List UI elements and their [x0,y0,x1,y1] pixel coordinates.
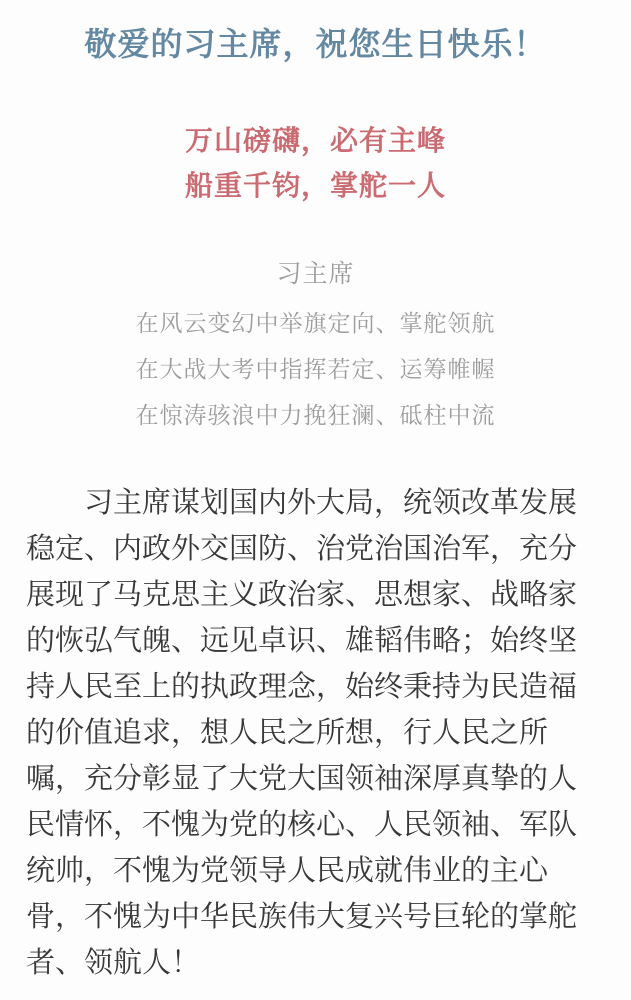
body-line-1: 习主席谋划国内外大局，统领改革发展 [26,480,607,526]
poem-line-2: 船重千钧，掌舵一人 [0,163,631,208]
tribute-heading: 习主席 [0,251,631,297]
tribute-line-2: 在大战大考中指挥若定、运筹帷幄 [0,346,631,392]
article-page: 敬爱的习主席，祝您生日快乐！ 万山磅礴，必有主峰 船重千钧，掌舵一人 习主席 在… [0,0,631,1000]
tribute-line-3: 在惊涛骇浪中力挽狂澜、砥柱中流 [0,392,631,438]
body-line-2: 稳定、内政外交国防、治党治国治军，充分 [26,526,607,572]
body-line-4: 的恢弘气魄、远见卓识、雄韬伟略；始终坚 [26,618,607,664]
tribute-line-1: 在风云变幻中举旗定向、掌舵领航 [0,300,631,346]
body-paragraph: 习主席谋划国内外大局，统领改革发展 稳定、内政外交国防、治党治国治军，充分 展现… [0,480,631,986]
body-line-5: 持人民至上的执政理念，始终秉持为民造福 [26,664,607,710]
poem-block: 万山磅礴，必有主峰 船重千钧，掌舵一人 [0,118,631,208]
body-line-3: 展现了马克思主义政治家、思想家、战略家 [26,572,607,618]
page-title: 敬爱的习主席，祝您生日快乐！ [0,0,631,62]
poem-line-1: 万山磅礴，必有主峰 [0,118,631,163]
body-line-10: 骨，不愧为中华民族伟大复兴号巨轮的掌舵 [26,894,607,940]
body-line-11: 者、领航人！ [26,940,607,986]
body-line-7: 嘱，充分彰显了大党大国领袖深厚真挚的人 [26,756,607,802]
tribute-block: 习主席 在风云变幻中举旗定向、掌舵领航 在大战大考中指挥若定、运筹帷幄 在惊涛骇… [0,251,631,438]
body-line-6: 的价值追求，想人民之所想，行人民之所 [26,710,607,756]
body-line-8: 民情怀，不愧为党的核心、人民领袖、军队 [26,802,607,848]
body-line-9: 统帅，不愧为党领导人民成就伟业的主心 [26,848,607,894]
